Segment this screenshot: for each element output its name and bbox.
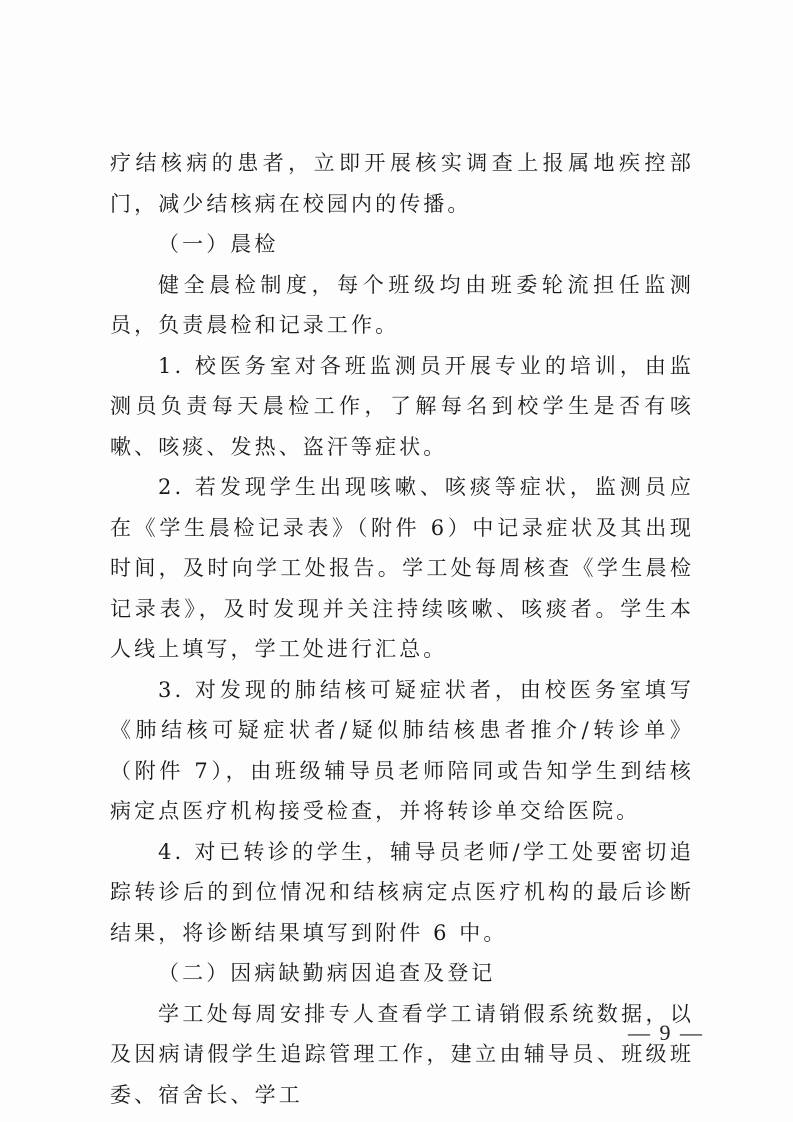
document-body: 疗结核病的患者，立即开展核实调查上报属地疾控部门，减少结核病在校园内的传播。 （…	[110, 143, 694, 1115]
paragraph-item-3: 3. 对发现的肺结核可疑症状者，由校医务室填写《肺结核可疑症状者/疑似肺结核患者…	[110, 670, 694, 832]
paragraph-item-4: 4. 对已转诊的学生，辅导员老师/学工处要密切追踪转诊后的到位情况和结核病定点医…	[110, 832, 694, 954]
section-heading-morning-check: （一）晨检	[110, 224, 694, 265]
paragraph-continuation: 疗结核病的患者，立即开展核实调查上报属地疾控部门，减少结核病在校园内的传播。	[110, 143, 694, 224]
section-heading-absence-tracking: （二）因病缺勤病因追查及登记	[110, 953, 694, 994]
page-number: — 9 —	[628, 1020, 704, 1046]
paragraph-item-2: 2. 若发现学生出现咳嗽、咳痰等症状，监测员应在《学生晨检记录表》（附件 6）中…	[110, 467, 694, 670]
paragraph-item-1: 1. 校医务室对各班监测员开展专业的培训，由监测员负责每天晨检工作，了解每名到校…	[110, 346, 694, 468]
paragraph-absence-tracking: 学工处每周安排专人查看学工请销假系统数据，以及因病请假学生追踪管理工作，建立由辅…	[110, 994, 694, 1116]
paragraph-morning-check-system: 健全晨检制度，每个班级均由班委轮流担任监测员，负责晨检和记录工作。	[110, 265, 694, 346]
document-page: 疗结核病的患者，立即开展核实调查上报属地疾控部门，减少结核病在校园内的传播。 （…	[0, 0, 793, 1122]
scan-artifact	[290, 980, 292, 982]
